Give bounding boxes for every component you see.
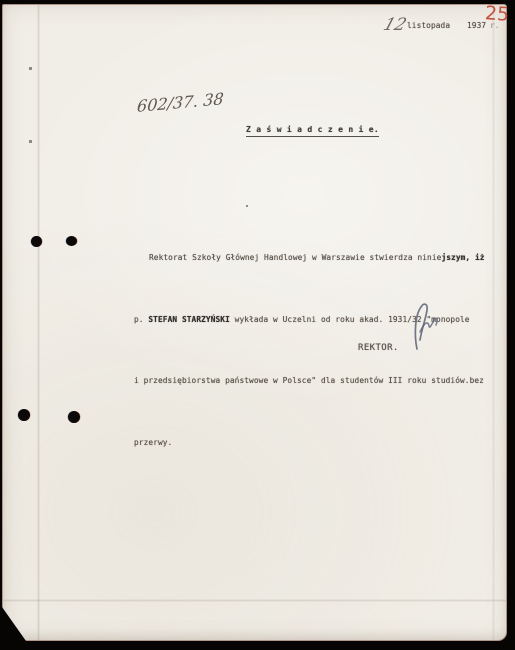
- signature-title: REKTOR.: [358, 343, 399, 353]
- punch-hole: [66, 236, 77, 246]
- body-line-1: Rektorat Szkoły Głównej Handlowej w Wars…: [134, 248, 494, 269]
- paper-speck: [246, 205, 248, 207]
- torn-corner: [2, 607, 26, 641]
- date-suffix: r.: [490, 21, 500, 30]
- handwritten-day: 12: [381, 15, 409, 35]
- rector-signature: [407, 301, 445, 355]
- date-month: listopada: [407, 21, 450, 30]
- fold-crease-left: [37, 5, 40, 640]
- date-year: 1937: [467, 21, 486, 30]
- body-line-4: przerwy.: [134, 433, 494, 454]
- punch-hole: [68, 411, 80, 423]
- paper-speck: [29, 140, 32, 143]
- body-line-3: i przedsiębiorstwa państwowe w Polsce" d…: [134, 371, 494, 392]
- punch-hole: [18, 409, 30, 421]
- paper-page: 25 12 listopada 1937 r. 602/37. 38 Z a ś…: [2, 4, 507, 641]
- paper-speck: [29, 67, 32, 70]
- scanned-document: 25 12 listopada 1937 r. 602/37. 38 Z a ś…: [0, 0, 515, 650]
- fold-crease-bottom: [3, 599, 506, 602]
- reference-number: 602/37. 38: [136, 89, 224, 116]
- punch-hole: [31, 236, 42, 247]
- document-title: Z a ś w i a d c z e n i e.: [246, 125, 379, 137]
